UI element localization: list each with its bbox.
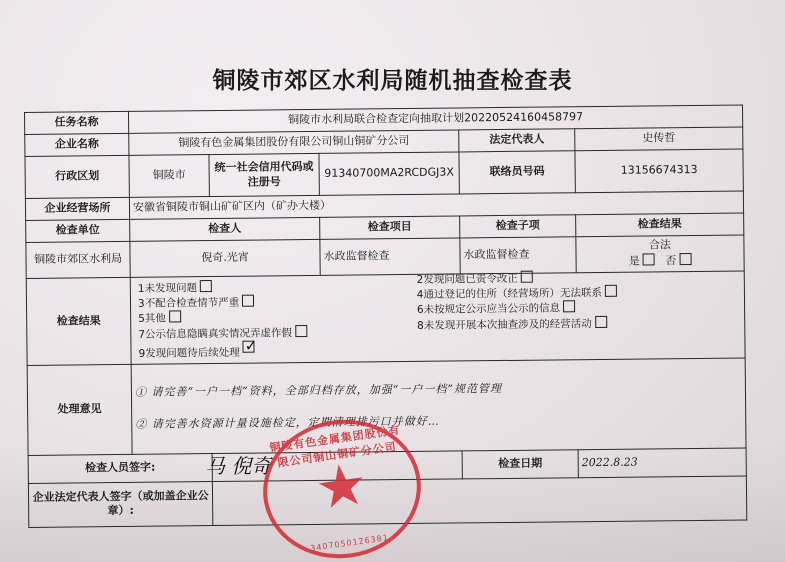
option-label: 3不配合检查情节严重 — [138, 297, 239, 310]
legal-sign-label: 企业法定代表人签字（或加盖企业公章）: — [28, 481, 212, 527]
option-checkbox[interactable] — [200, 280, 212, 292]
option-checkbox[interactable] — [243, 340, 255, 352]
left-option-4: 7公示信息隐瞒真实情况弄虚作假 — [138, 325, 307, 342]
option-checkbox[interactable] — [242, 295, 254, 307]
inspector-value: 倪奇.光宵 — [130, 239, 320, 277]
option-label: 9发现问题待后续处理 — [138, 346, 239, 359]
legal-rep-label: 法定代表人 — [459, 129, 575, 152]
unit-value: 铜陵市郊区水利局 — [26, 241, 130, 278]
right-option-4: 8未发现开展本次抽查涉及的经营活动 — [417, 315, 617, 332]
header-subitem: 检查子项 — [460, 215, 576, 238]
district-value: 铜陵市 — [129, 155, 209, 198]
result-label: 检查结果 — [26, 277, 131, 365]
inspector-signature: 马 倪奇 — [205, 450, 271, 479]
item-value: 水政监督检查 — [320, 238, 460, 275]
left-option-1: 1未发现问题 — [138, 279, 307, 296]
option-checkbox[interactable] — [563, 301, 575, 313]
date-label: 检查日期 — [462, 450, 578, 479]
credit-code-label: 统一社会信用代码或注册号 — [209, 153, 319, 196]
district-label: 行政区划 — [25, 155, 129, 198]
option-checkbox[interactable] — [605, 285, 617, 297]
inspector-sign-label: 检查人员签字: — [28, 453, 212, 483]
option-checkbox[interactable] — [295, 325, 307, 337]
option-label: 7公示信息隐瞒真实情况弄虚作假 — [138, 327, 292, 341]
company-name-label: 企业名称 — [25, 133, 129, 156]
legal-result-title: 合法 — [579, 238, 740, 255]
option-label: 5其他 — [138, 313, 166, 325]
legal-result-cell: 合法 是 否 — [576, 235, 744, 273]
opinion-line-1: ① 请完善“一户一档”资料，全部归档存放，加强“一户一档”规范管理 — [135, 379, 742, 400]
no-label: 否 — [665, 254, 676, 267]
header-result: 检查结果 — [576, 213, 744, 237]
result-options-right: 2发现问题已责令改正4通过登记的住所（经营场所）无法联系6未按规定公示应当公示的… — [417, 270, 618, 358]
task-name-label: 任务名称 — [25, 111, 129, 134]
option-label: 8未发现开展本次抽查涉及的经营活动 — [417, 318, 592, 332]
option-label: 6未按规定公示应当公示的信息 — [417, 303, 560, 316]
document-title: 铜陵市郊区水利局随机抽查检查表 — [0, 62, 785, 95]
header-inspector: 检查人 — [130, 217, 320, 241]
option-checkbox[interactable] — [521, 271, 533, 283]
option-checkbox[interactable] — [169, 311, 181, 323]
left-option-5: 9发现问题待后续处理 — [138, 340, 307, 361]
yes-checkbox[interactable] — [643, 253, 655, 265]
opinion-value: ① 请完善“一户一档”资料，全部归档存放，加强“一户一档”规范管理 ② 请完善水… — [131, 358, 746, 454]
legal-rep-value: 史传哲 — [575, 127, 743, 151]
contact-phone-value: 13156674313 — [575, 149, 743, 193]
left-option-2: 3不配合检查情节严重 — [138, 294, 307, 311]
header-unit: 检查单位 — [26, 219, 130, 242]
result-options: 1未发现问题3不配合检查情节严重5其他7公示信息隐瞒真实情况弄虚作假9发现问题待… — [130, 271, 745, 364]
opinion-line-2: ② 请完善水资源计量设施检定，定期清理排污口并做好… — [135, 412, 742, 433]
option-checkbox[interactable] — [595, 315, 607, 327]
contact-phone-label: 联络员号码 — [459, 151, 575, 194]
star-icon: ★ — [312, 454, 372, 519]
seal-number: 3407050126381 — [275, 528, 425, 558]
credit-code-value: 91340700MA2RCDGJ3X — [319, 152, 459, 195]
right-option-2: 4通过登记的住所（经营场所）无法联系 — [417, 285, 617, 302]
option-label: 2发现问题已责令改正 — [417, 273, 518, 286]
left-option-3: 5其他 — [138, 309, 307, 326]
no-checkbox[interactable] — [679, 253, 691, 265]
yes-label: 是 — [629, 255, 640, 268]
option-label: 4通过登记的住所（经营场所）无法联系 — [417, 287, 602, 301]
result-options-left: 1未发现问题3不配合检查情节严重5其他7公示信息隐瞒真实情况弄虚作假9发现问题待… — [138, 279, 308, 361]
address-label: 企业经营场所 — [25, 197, 129, 220]
opinion-label: 处理意见 — [27, 364, 132, 455]
header-item: 检查项目 — [320, 216, 460, 239]
subitem-value: 水政监督检查 — [460, 237, 576, 274]
option-label: 1未发现问题 — [138, 282, 197, 295]
date-value: 2022.8.23 — [578, 448, 746, 478]
